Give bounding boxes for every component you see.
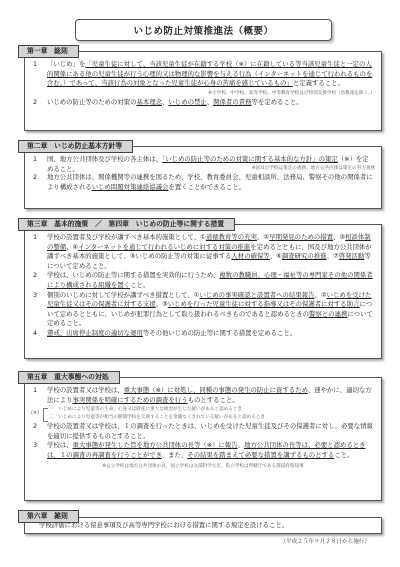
list-item: 2いじめの防止等のための対策の基本理念、いじめの禁止、関係者の責務等を定めること…: [31, 98, 375, 108]
item-text: 、②: [315, 291, 327, 299]
section-body: 1学校の設置者又は学校は、重大事態（※）に対処し、同種の事態の発生の防止に資する…: [24, 377, 382, 501]
list-item: 1学校の設置者又は学校は、重大事態（※）に対処し、同種の事態の発生の防止に資する…: [31, 386, 375, 405]
emphasized-text: インターネットを通じて行われるいじめに対する対策の推進: [78, 243, 250, 251]
item-text: 等その他いじめの防止等に関する措置を定めること。: [143, 329, 296, 337]
section-header: 第一章 総則: [18, 45, 79, 58]
item-text: 個別のいじめに対して学校が講ずべき措置として、①: [47, 291, 199, 299]
brace-icon: [43, 408, 48, 422]
note: ※公立学校は地方公共団体の長、国立学校は文部科学大臣、私立学校は所轄庁である都道…: [31, 463, 375, 471]
section-body: 1「いじめ」を「児童生徒に対して、当該児童生徒が在籍する学校（※）に在籍している…: [24, 51, 382, 131]
item-number: 2: [33, 173, 37, 183]
item-number: 3: [33, 441, 37, 451]
item-number: 1: [33, 386, 37, 396]
emphasized-text: 関係者の責務: [213, 98, 251, 106]
section-chapter-6: 第六章 雑則 学校評価における留意事項及び高等専門学校における措置に関する規定を…: [18, 510, 382, 534]
item-text: 学校の設置者又は学校は、１の調査を行ったときは、いじめを受けた児童生徒及びその保…: [47, 422, 373, 440]
item-text: いじめの防止等のための対策の: [47, 98, 136, 106]
emphasized-text: いじめを行った児童生徒に対する指導又はその保護者に対する助言: [168, 300, 360, 308]
emphasized-text: 重大事態が発生した旨を地方公共団体の長等（※）に報告: [73, 441, 238, 449]
item-text: 、⑦: [327, 252, 339, 260]
definition-line: 一 いじめにより児童等の生命、心身又は財産に重大な被害が生じた疑いがあると認める…: [49, 406, 375, 414]
item-number: 1: [33, 155, 37, 165]
emphasized-text: 「いじめの防止等のための対策に関する基本的な方針」の策定: [162, 155, 338, 163]
emphasized-text: 基本理念: [136, 98, 162, 106]
section-text: 学校評価における留意事項及び高等専門学校における措置に関する規定を設けること。: [39, 521, 375, 531]
item-text: 学校は、: [47, 441, 73, 449]
list-item: 2学校の設置者又は学校は、１の調査を行ったときは、いじめを受けた児童生徒及びその…: [31, 422, 375, 441]
emphasized-text: いじめ問題対策連絡協議会: [92, 183, 169, 191]
section-header: 第六章 雑則: [18, 510, 79, 523]
definition-line: 二 いじめにより児童等が相当の期間学校を欠席することを余儀なくされている疑いがあ…: [49, 414, 375, 422]
section-header: 第五章 重大事態への対処: [18, 371, 120, 384]
item-text: こと。: [130, 281, 149, 289]
list-item: 2地方公共団体は、関係機関等の連携を図るため、学校、教育委員会、児童相談所、法務…: [31, 173, 375, 192]
serious-case-definitions: (※) 一 いじめにより児童等の生命、心身又は財産に重大な被害が生じた疑いがある…: [31, 406, 375, 421]
list-item: 2学校は、いじめの防止等に関する措置を実効的に行うため、複数の教職員、心理・福祉…: [31, 271, 375, 290]
item-text: と定義すること。: [293, 79, 344, 87]
item-text: 、③: [156, 300, 168, 308]
item-number: 2: [33, 422, 37, 432]
emphasized-text: 調査研究の推進: [282, 252, 327, 260]
item-number: 1: [33, 60, 37, 70]
emphasized-text: その結果を踏まえて必要な措置を講ずるものとする: [187, 451, 334, 459]
emphasized-text: いじめの事実確認と設置者への結果報告: [199, 291, 314, 299]
list-item: 3学校は、重大事態が発生した旨を地方公共団体の長等（※）に報告、地方公共団体の長…: [31, 441, 375, 460]
list-item: 1国、地方公共団体及び学校の各主体は、「いじめの防止等のための対策に関する基本的…: [31, 155, 375, 174]
section-chapter-1: 第一章 総則 1「いじめ」を「児童生徒に対して、当該児童生徒が在籍する学校（※）…: [18, 45, 382, 131]
item-text: 学校は、いじめの防止等に関する措置を実効的に行うため、: [47, 271, 219, 279]
item-text: 「いじめ」を: [47, 60, 85, 68]
emphasized-text: 警察との連携: [309, 310, 347, 318]
item-text: 、③: [333, 233, 345, 241]
section-chapter-5: 第五章 重大事態への対処 1学校の設置者又は学校は、重大事態（※）に対処し、同種…: [18, 371, 382, 501]
item-text: を置くことができること。: [168, 183, 245, 191]
effective-date: （平成２５年９月２８日から施行）: [280, 537, 370, 545]
list-item: 1学校の設置者及び学校が講ずべき基本的施策として、①道徳教育等の充実、②早期発見…: [31, 233, 375, 271]
item-number: 3: [33, 291, 37, 301]
item-text: 学校の設置者及び学校が講ずべき基本的施策として、①: [47, 233, 206, 241]
section-header: 第二章 いじめ防止基本方針等: [18, 140, 133, 153]
item-number: 2: [33, 271, 37, 281]
section-header: 第三章 基本的施策 ／ 第四章 いじめの防止等に関する措置: [18, 218, 235, 231]
item-text: 、⑥: [270, 252, 282, 260]
list-item: 3個別のいじめに対して学校が講ずべき措置として、①いじめの事実確認と設置者への結…: [31, 291, 375, 329]
item-text: こと。: [334, 451, 353, 459]
item-number: 2: [33, 98, 37, 108]
emphasized-text: 早期発見のための措置: [269, 233, 333, 241]
item-number: 4: [33, 329, 37, 339]
emphasized-text: いじめの禁止: [168, 98, 206, 106]
section-body: 1国、地方公共団体及び学校の各主体は、「いじめの防止等のための対策に関する基本的…: [24, 146, 382, 209]
list-item: 1「いじめ」を「児童生徒に対して、当該児童生徒が在籍する学校（※）に在籍している…: [31, 60, 375, 89]
emphasized-text: 懲戒、出席停止制度の適切な運用: [47, 329, 143, 337]
note-mark: (※): [31, 409, 39, 419]
section-chapter-3-4: 第三章 基本的施策 ／ 第四章 いじめの防止等に関する措置 1学校の設置者及び学…: [18, 218, 382, 359]
emphasized-text: 重大事態（※）に対処し、同種の事態の発生の防止に資するため: [124, 386, 308, 394]
note: ※小学校、中学校、高等学校、中等教育学校及び特別支援学校（幼稚部を除く。）: [31, 90, 375, 98]
emphasized-text: 啓発活動: [339, 252, 365, 260]
document-title: いじめ防止対策推進法（概要）: [75, 19, 332, 41]
list-item: 4懲戒、出席停止制度の適切な運用等その他いじめの防止等に関する措置を定めること。: [31, 329, 375, 339]
emphasized-text: 人材の確保等: [231, 252, 269, 260]
item-text: 、また、: [162, 451, 188, 459]
emphasized-text: 道徳教育等の充実: [206, 233, 257, 241]
item-text: 国、地方公共団体及び学校の各主体は、: [47, 155, 162, 163]
section-body: 1学校の設置者及び学校が講ずべき基本的施策として、①道徳教育等の充実、②早期発見…: [24, 224, 382, 359]
item-number: 1: [33, 233, 37, 243]
item-text: 学校の設置者又は学校は、: [47, 386, 124, 394]
item-text: 、②: [257, 233, 269, 241]
section-chapter-2: 第二章 いじめ防止基本方針等 1国、地方公共団体及び学校の各主体は、「いじめの防…: [18, 140, 382, 209]
item-text: 等を定めること。: [252, 98, 303, 106]
item-text: 、④: [66, 243, 78, 251]
emphasized-text: 事実関係を明確にするための調査を行う: [73, 396, 188, 404]
item-text: ものとすること。: [188, 396, 239, 404]
